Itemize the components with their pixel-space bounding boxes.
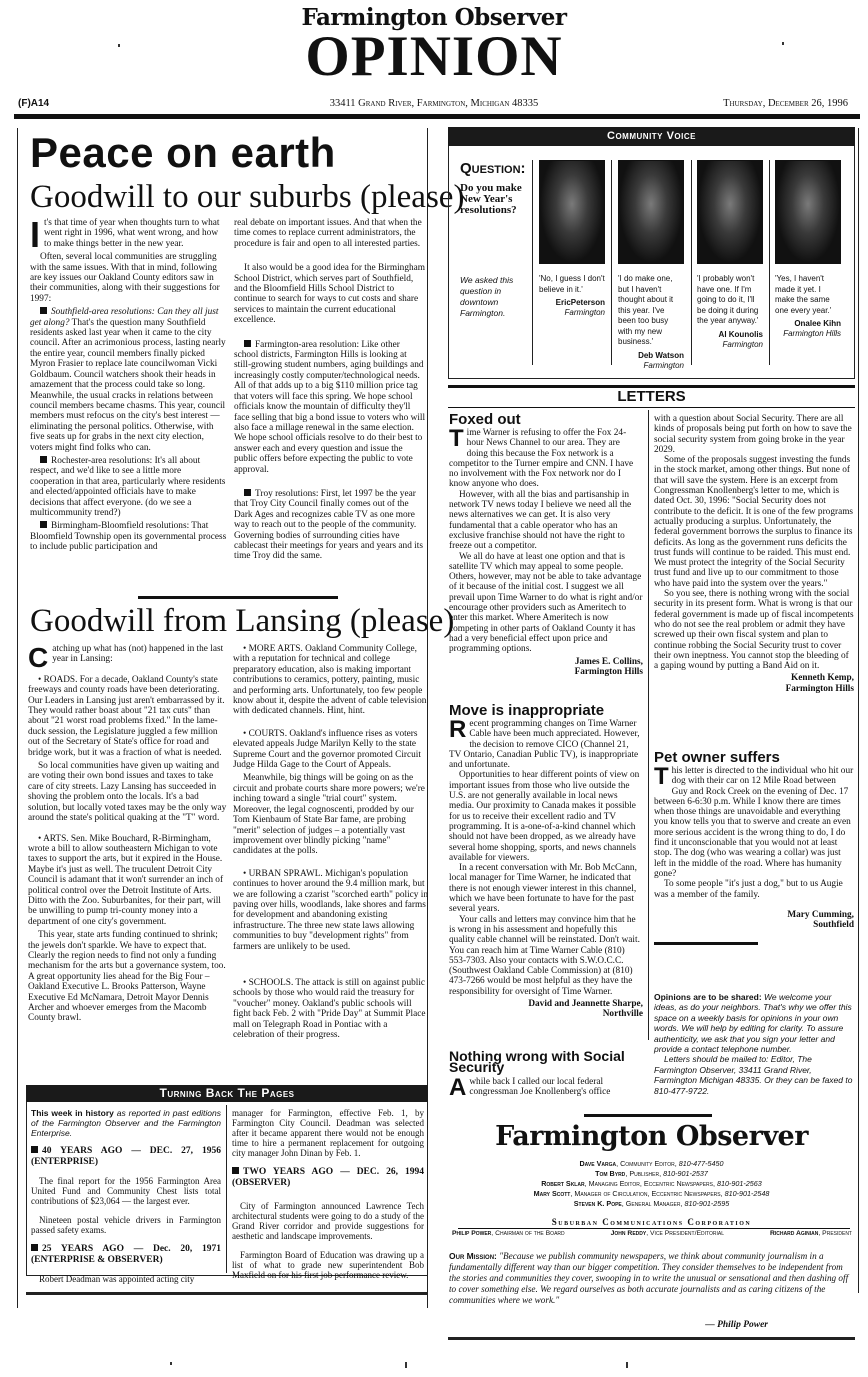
- officer-entry: Philip Power, Chairman of the Board: [452, 1230, 565, 1237]
- respondent-photo: [539, 160, 605, 264]
- officer-entry: John Reddy, Vice President/Editorial: [611, 1230, 724, 1237]
- history-paragraph: The final report for the 1956 Farmington…: [31, 1176, 221, 1206]
- letter-title: Nothing wrong with Social Security: [449, 1051, 643, 1073]
- letter-signature: David and Jeannette Sharpe,Northville: [449, 999, 643, 1020]
- editorial-intro: It's that time of year when thoughts tur…: [30, 218, 227, 249]
- mission-attribution: — Philip Power: [705, 1320, 768, 1330]
- rochester-resolution: Rochester-area resolutions: It's all abo…: [30, 456, 227, 518]
- history-paragraph: Farmington Board of Education was drawin…: [232, 1250, 424, 1280]
- editorial-subhead: Goodwill to our suburbs (please): [30, 178, 464, 216]
- respondent-quote: 'Yes, I haven't made it yet. I make the …: [775, 274, 841, 316]
- letter-pet-owner: Pet owner suffers This letter is directe…: [654, 750, 854, 930]
- courts-paragraph: • COURTS. Oakland's influence rises as v…: [233, 729, 428, 771]
- southfield-resolution: Southfield-area resolutions: Can they al…: [30, 307, 227, 453]
- history-paragraph: City of Farmington announced Lawrence Te…: [232, 1201, 424, 1241]
- respondent-town: Farmington: [697, 340, 763, 350]
- roads-paragraph: • ROADS. For a decade, Oakland County's …: [28, 675, 228, 758]
- letter-title: Move is inappropriate: [449, 703, 643, 719]
- respondent-name: Onalee Kihn: [775, 319, 841, 329]
- turning-back-column-1: This week in history as reported in past…: [31, 1108, 221, 1293]
- letter-signature: James E. Collins,Farmington Hills: [449, 657, 643, 678]
- scan-artifact: [626, 1362, 628, 1368]
- respondent-photo: [697, 160, 763, 264]
- letters-section-label: LETTERS: [448, 388, 855, 406]
- mission-label: Our Mission:: [449, 1251, 497, 1261]
- staff-entry: Dave Varga, Community Editor, 810-477-54…: [448, 1159, 855, 1169]
- column-divider: [532, 160, 533, 365]
- respondent-name: Al Kounolis: [697, 330, 763, 340]
- respondent: 'Yes, I haven't made it yet. I make the …: [775, 160, 841, 339]
- editorial2-intro: Catching up what has (not) happened in t…: [28, 644, 228, 665]
- masthead-rule: [14, 114, 860, 119]
- editorial-column-1: It's that time of year when thoughts tur…: [30, 218, 227, 556]
- section-rule: [654, 942, 758, 945]
- respondent-town: Farmington Hills: [775, 329, 841, 339]
- letters-rule: [448, 407, 855, 408]
- letter-title: Foxed out: [449, 412, 643, 428]
- mission-statement: Our Mission: "Because we publish communi…: [449, 1251, 853, 1306]
- corporation-officers: Philip Power, Chairman of the Board John…: [452, 1230, 852, 1237]
- respondent-photo: [618, 160, 684, 264]
- publication-date: Thursday, December 26, 1996: [723, 98, 848, 109]
- community-voice-banner: Community Voice: [448, 127, 855, 146]
- column-divider: [769, 160, 770, 365]
- letters-column-divider: [648, 410, 649, 1040]
- letter-signature: Mary Cumming,Southfield: [654, 910, 854, 931]
- respondent: 'No, I guess I don't believe in it.' Eri…: [539, 160, 605, 318]
- drop-cap: R: [449, 720, 466, 740]
- courts-paragraph-2: Meanwhile, big things will be going on a…: [233, 773, 428, 856]
- bullet-square-icon: [244, 489, 251, 496]
- respondent-quote: 'I do make one, but I haven't thought ab…: [618, 274, 684, 348]
- letter-social-security: Nothing wrong with Social Security Awhil…: [449, 1051, 643, 1098]
- officer-entry: Richard Aginian, President: [770, 1230, 852, 1237]
- bullet-square-icon: [40, 521, 47, 528]
- more-arts-paragraph: • MORE ARTS. Oakland Community College, …: [233, 644, 428, 717]
- respondent-town: Farmington: [618, 361, 684, 371]
- respondent-quote: 'I probably won't have one. If I'm going…: [697, 274, 763, 327]
- question-text: Do you make New Year's resolutions?: [460, 183, 530, 216]
- history-paragraph: Robert Deadman was appointed acting city: [31, 1274, 221, 1284]
- drop-cap: C: [28, 646, 48, 670]
- staff-entry: Mary Scott, Manager of Circulation, Ecce…: [448, 1189, 855, 1199]
- section-rule: [584, 1114, 712, 1117]
- drop-cap: T: [449, 429, 464, 449]
- editorial2-column-2: • MORE ARTS. Oakland Community College, …: [233, 644, 428, 1043]
- roads-paragraph-2: So local communities have given up waiti…: [28, 761, 228, 823]
- policy-lead: Opinions are to be shared:: [654, 992, 762, 1002]
- arts-paragraph-2: This year, state arts funding continued …: [28, 930, 228, 1024]
- section-title: OPINION: [0, 26, 868, 88]
- scan-artifact: [782, 42, 784, 45]
- left-border-rule: [17, 128, 18, 1308]
- staff-entry: Robert Sklar, Managing Editor, Eccentric…: [448, 1179, 855, 1189]
- column-divider: [611, 160, 612, 365]
- bullet-square-icon: [40, 307, 47, 314]
- turning-back-intro: This week in history as reported in past…: [31, 1108, 221, 1138]
- bottom-rule: [26, 1292, 428, 1295]
- question-label: Question:: [460, 160, 526, 177]
- editorial-paragraph: Often, several local communities are str…: [30, 252, 227, 304]
- history-heading: 25 YEARS AGO — Dec. 20, 1971 (ENTERPRISE…: [31, 1244, 221, 1266]
- question-note: We asked this question in downtown Farmi…: [460, 275, 532, 319]
- editorial-column-2: real debate on important issues. And tha…: [234, 218, 426, 565]
- right-border-rule: [858, 128, 859, 1293]
- arts-paragraph: • ARTS. Sen. Mike Bouchard, R-Birmingham…: [28, 834, 228, 928]
- bottom-rule: [448, 1337, 855, 1340]
- bullet-square-icon: [244, 340, 251, 347]
- editorial2-headline: Goodwill from Lansing (please): [30, 602, 454, 640]
- birmingham-school-paragraph: It also would be a good idea for the Bir…: [234, 263, 426, 325]
- history-heading: 40 YEARS AGO — DEC. 27, 1956 (ENTERPRISE…: [31, 1146, 221, 1168]
- section-rule: [138, 596, 338, 599]
- mailing-instructions: Letters should be mailed to: Editor, The…: [654, 1054, 854, 1096]
- birmingham-resolution: Birmingham-Bloomfield resolutions: That …: [30, 521, 227, 552]
- respondent-photo: [775, 160, 841, 264]
- editorial2-column-1: Catching up what has (not) happened in t…: [28, 644, 228, 1027]
- letters-policy: Opinions are to be shared: We welcome yo…: [654, 992, 854, 1096]
- editorial-headline: Peace on earth: [30, 130, 336, 176]
- turning-back-banner: Turning Back The Pages: [26, 1085, 428, 1102]
- letter-foxed-out: Foxed out Time Warner is refusing to off…: [449, 412, 643, 677]
- staff-entry: Tom Byrd, Publisher, 810-901-2537: [448, 1169, 855, 1179]
- corporation-name: Suburban Communications Corporation: [448, 1217, 855, 1227]
- respondent-town: Farmington: [539, 308, 605, 318]
- letter-social-security-continued: with a question about Social Security. T…: [654, 414, 854, 694]
- scan-artifact: [170, 1362, 172, 1365]
- respondent-name: Deb Watson: [618, 351, 684, 361]
- drop-cap: T: [654, 767, 669, 787]
- scan-artifact: [405, 1362, 407, 1368]
- farmington-resolution: Farmington-area resolution: Like other s…: [234, 340, 426, 475]
- drop-cap: A: [449, 1078, 466, 1098]
- staff-list: Dave Varga, Community Editor, 810-477-54…: [448, 1159, 855, 1209]
- column-divider: [691, 160, 692, 365]
- staff-box-logo: Farmington Observer: [448, 1120, 855, 1154]
- history-continuation: manager for Farmington, effective Feb. 1…: [232, 1108, 424, 1158]
- letter-signature: Kenneth Kemp,Farmington Hills: [654, 673, 854, 694]
- drop-cap: I: [30, 220, 40, 250]
- respondent-quote: 'No, I guess I don't believe in it.': [539, 274, 605, 295]
- corporation-rule: [458, 1228, 850, 1229]
- schools-paragraph: • SCHOOLS. The attack is still on agains…: [233, 978, 428, 1040]
- bullet-square-icon: [31, 1244, 38, 1251]
- history-paragraph: Nineteen postal vehicle drivers in Farmi…: [31, 1215, 221, 1235]
- respondent: 'I do make one, but I haven't thought ab…: [618, 160, 684, 371]
- turning-back-column-2: manager for Farmington, effective Feb. 1…: [232, 1108, 424, 1289]
- turning-back-divider: [226, 1105, 227, 1273]
- staff-entry: Steven K. Pope, General Manager, 810-901…: [448, 1199, 855, 1209]
- letter-title: Pet owner suffers: [654, 750, 854, 766]
- scan-artifact: [118, 44, 120, 47]
- editorial-continuation: real debate on important issues. And tha…: [234, 218, 426, 249]
- letter-move-inappropriate: Move is inappropriate Recent programming…: [449, 703, 643, 1020]
- history-heading: TWO YEARS AGO — DEC. 26, 1994 (OBSERVER): [232, 1167, 424, 1189]
- urban-sprawl-paragraph: • URBAN SPRAWL. Michigan's population co…: [233, 869, 428, 952]
- troy-resolution: Troy resolutions: First, let 1997 be the…: [234, 489, 426, 562]
- bullet-square-icon: [40, 456, 47, 463]
- bullet-square-icon: [232, 1167, 239, 1174]
- respondent: 'I probably won't have one. If I'm going…: [697, 160, 763, 350]
- bullet-square-icon: [31, 1146, 38, 1153]
- respondent-name: EricPeterson: [539, 298, 605, 308]
